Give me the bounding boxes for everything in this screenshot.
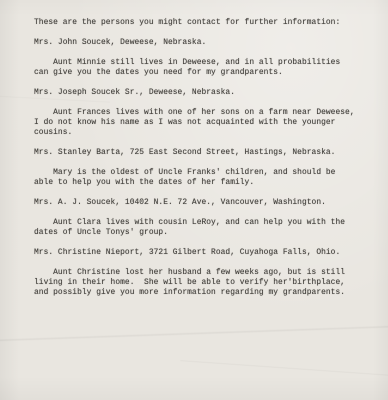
note-paragraph: Aunt Clara lives with cousin LeRoy, and … (34, 218, 372, 238)
contact-line: Mrs. Christine Nieport, 3721 Gilbert Roa… (34, 248, 372, 258)
note-paragraph: Aunt Frances lives with one of her sons … (34, 108, 372, 138)
letter-page: These are the persons you might contact … (0, 0, 388, 400)
contact-line: Mrs. A. J. Soucek, 10402 N.E. 72 Ave., V… (34, 198, 372, 208)
contact-line: Mrs. Joseph Soucek Sr., Deweese, Nebrask… (34, 88, 372, 98)
paper-crease (0, 324, 388, 342)
contact-line: Mrs. John Soucek, Deweese, Nebraska. (34, 38, 372, 48)
intro-line: These are the persons you might contact … (34, 18, 372, 28)
contact-line: Mrs. Stanley Barta, 725 East Second Stre… (34, 148, 372, 158)
paper-crease (180, 360, 388, 379)
note-paragraph: Mary is the oldest of Uncle Franks' chil… (34, 168, 372, 188)
note-paragraph: Aunt Christine lost her husband a few we… (34, 268, 372, 298)
note-paragraph: Aunt Minnie still lives in Deweese, and … (34, 58, 372, 78)
